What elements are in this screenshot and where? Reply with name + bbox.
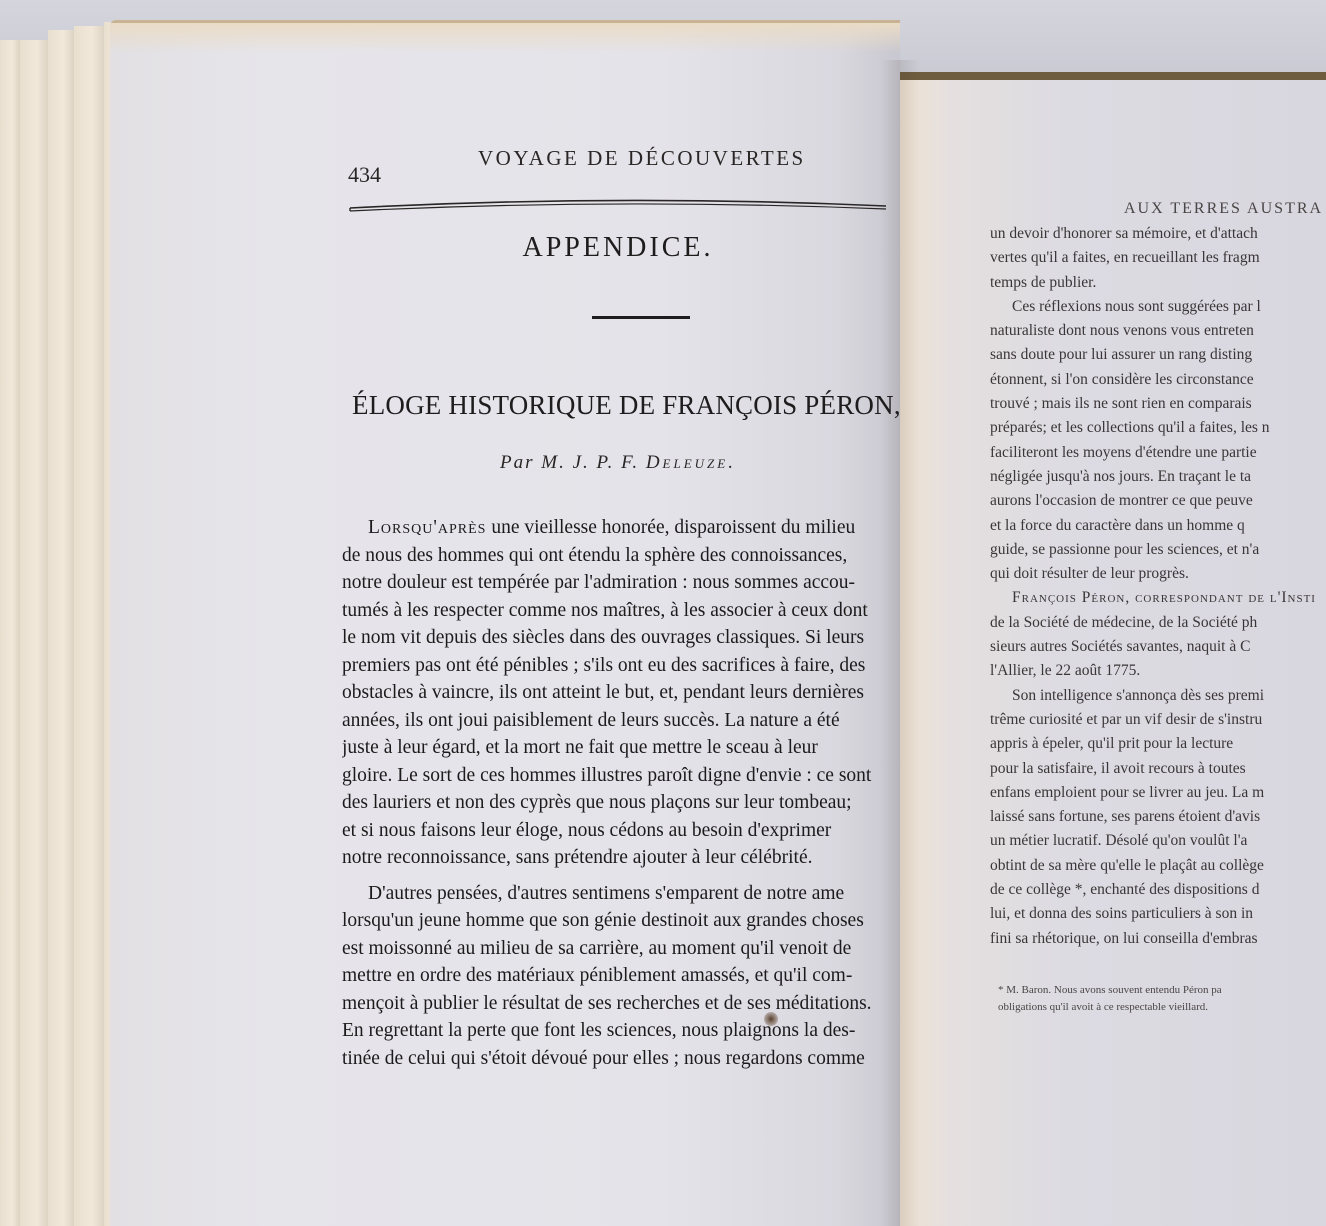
text-line: François Péron, correspondant de l'Insti: [990, 586, 1326, 610]
text-line: sieurs autres Sociétés savantes, naquit …: [990, 635, 1326, 659]
ink-stain: [764, 1012, 778, 1026]
text-line: sans doute pour lui assurer un rang dist…: [990, 343, 1326, 367]
byline-initials: M. J. P. F.: [541, 452, 639, 473]
text-line: juste à leur égard, et la mort ne fait q…: [342, 734, 898, 762]
text-line: trouvé ; mais ils ne sont rien en compar…: [990, 392, 1326, 416]
text-line: des lauriers et non des cyprès que nous …: [342, 789, 898, 817]
text-line: étonnent, si l'on considère les circonst…: [990, 368, 1326, 392]
text-line: premiers pas ont été pénibles ; s'ils on…: [342, 652, 898, 680]
footnote-line: * M. Baron. Nous avons souvent entendu P…: [998, 982, 1326, 999]
text-line: notre reconnoissance, sans prétendre ajo…: [342, 844, 898, 872]
text-line: le nom vit depuis des siècles dans des o…: [342, 624, 898, 652]
text-line: Lorsqu'après une vieillesse honorée, dis…: [342, 514, 898, 542]
right-body-text: un devoir d'honorer sa mémoire, et d'att…: [990, 222, 1326, 951]
byline-prefix: Par: [500, 452, 535, 473]
text-line: guide, se passionne pour les sciences, e…: [990, 538, 1326, 562]
text-line: tinée de celui qui s'étoit dévoué pour e…: [342, 1045, 898, 1073]
running-head: 434 VOYAGE DE DÉCOUVERTES: [348, 140, 888, 200]
byline: Par M. J. P. F. Deleuze.: [348, 452, 888, 474]
text-line: enfans emploient pour se livrer au jeu. …: [990, 781, 1326, 805]
text-line: obtint de sa mère qu'elle le plaçât au c…: [990, 854, 1326, 878]
text-line: temps de publier.: [990, 271, 1326, 295]
text-line: D'autres pensées, d'autres sentimens s'e…: [342, 880, 898, 908]
text-line: qui doit résulter de leur progrès.: [990, 562, 1326, 586]
text-line: de ce collège *, enchanté des dispositio…: [990, 878, 1326, 902]
footnote-line: obligations qu'il avoit à ce respectable…: [998, 999, 1326, 1016]
section-title: APPENDICE.: [348, 232, 888, 264]
text-line: lui, et donna des soins particuliers à s…: [990, 902, 1326, 926]
text-line: négligée jusqu'à nos jours. En traçant l…: [990, 465, 1326, 489]
text-line: Ces réflexions nous sont suggérées par l: [990, 295, 1326, 319]
text-line: Son intelligence s'annonça dès ses premi: [990, 684, 1326, 708]
text-line: appris à épeler, qu'il prit pour la lect…: [990, 732, 1326, 756]
footnote: * M. Baron. Nous avons souvent entendu P…: [998, 982, 1326, 1016]
text-line: obstacles à vaincre, ils ont atteint le …: [342, 679, 898, 707]
text-line: et la force du caractère dans un homme q: [990, 514, 1326, 538]
text-line: de la Société de médecine, de la Société…: [990, 611, 1326, 635]
text-line: est moissonné au milieu de sa carrière, …: [342, 935, 898, 963]
text-line: un métier lucratif. Désolé qu'on voulût …: [990, 829, 1326, 853]
text-line: En regrettant la perte que font les scie…: [342, 1017, 898, 1045]
text-line: de nous des hommes qui ont étendu la sph…: [342, 542, 898, 570]
text-line: trême curiosité et par un vif desir de s…: [990, 708, 1326, 732]
text-line: mençoit à publier le résultat de ses rec…: [342, 990, 898, 1018]
running-head-title: VOYAGE DE DÉCOUVERTES: [478, 146, 806, 171]
text-line: tumés à les respecter comme nos maîtres,…: [342, 597, 898, 625]
text-line: pour la satisfaire, il avoit recours à t…: [990, 757, 1326, 781]
text-line: lorsqu'un jeune homme que son génie dest…: [342, 907, 898, 935]
text-line: faciliteront les moyens d'étendre une pa…: [990, 441, 1326, 465]
text-line: notre douleur est tempérée par l'admirat…: [342, 569, 898, 597]
article-title: ÉLOGE HISTORIQUE DE FRANÇOIS PÉRON,: [352, 390, 902, 421]
text-line: vertes qu'il a faites, en recueillant le…: [990, 246, 1326, 270]
text-line: fini sa rhétorique, on lui conseilla d'e…: [990, 927, 1326, 951]
text-line: l'Allier, le 22 août 1775.: [990, 659, 1326, 683]
body-text: Lorsqu'après une vieillesse honorée, dis…: [342, 514, 898, 1072]
byline-author: Deleuze.: [646, 452, 736, 473]
text-line: naturaliste dont nous venons vous entret…: [990, 319, 1326, 343]
text-line: un devoir d'honorer sa mémoire, et d'att…: [990, 222, 1326, 246]
right-running-head: AUX TERRES AUSTRA: [1124, 200, 1323, 218]
text-line: laissé sans fortune, ses parens étoient …: [990, 805, 1326, 829]
text-line: et si nous faisons leur éloge, nous cédo…: [342, 817, 898, 845]
short-rule: [592, 316, 690, 319]
text-line: aurons l'occasion de montrer ce que peuv…: [990, 489, 1326, 513]
text-line: mettre en ordre des matériaux péniblemen…: [342, 962, 898, 990]
double-rule-divider: [348, 196, 888, 212]
text-line: préparés; et les collections qu'il a fai…: [990, 416, 1326, 440]
lead-word: Lorsqu'après: [368, 517, 486, 538]
text-line: gloire. Le sort de ces hommes illustres …: [342, 762, 898, 790]
text-line: années, ils ont joui paisiblement de leu…: [342, 707, 898, 735]
page-number: 434: [348, 162, 381, 188]
